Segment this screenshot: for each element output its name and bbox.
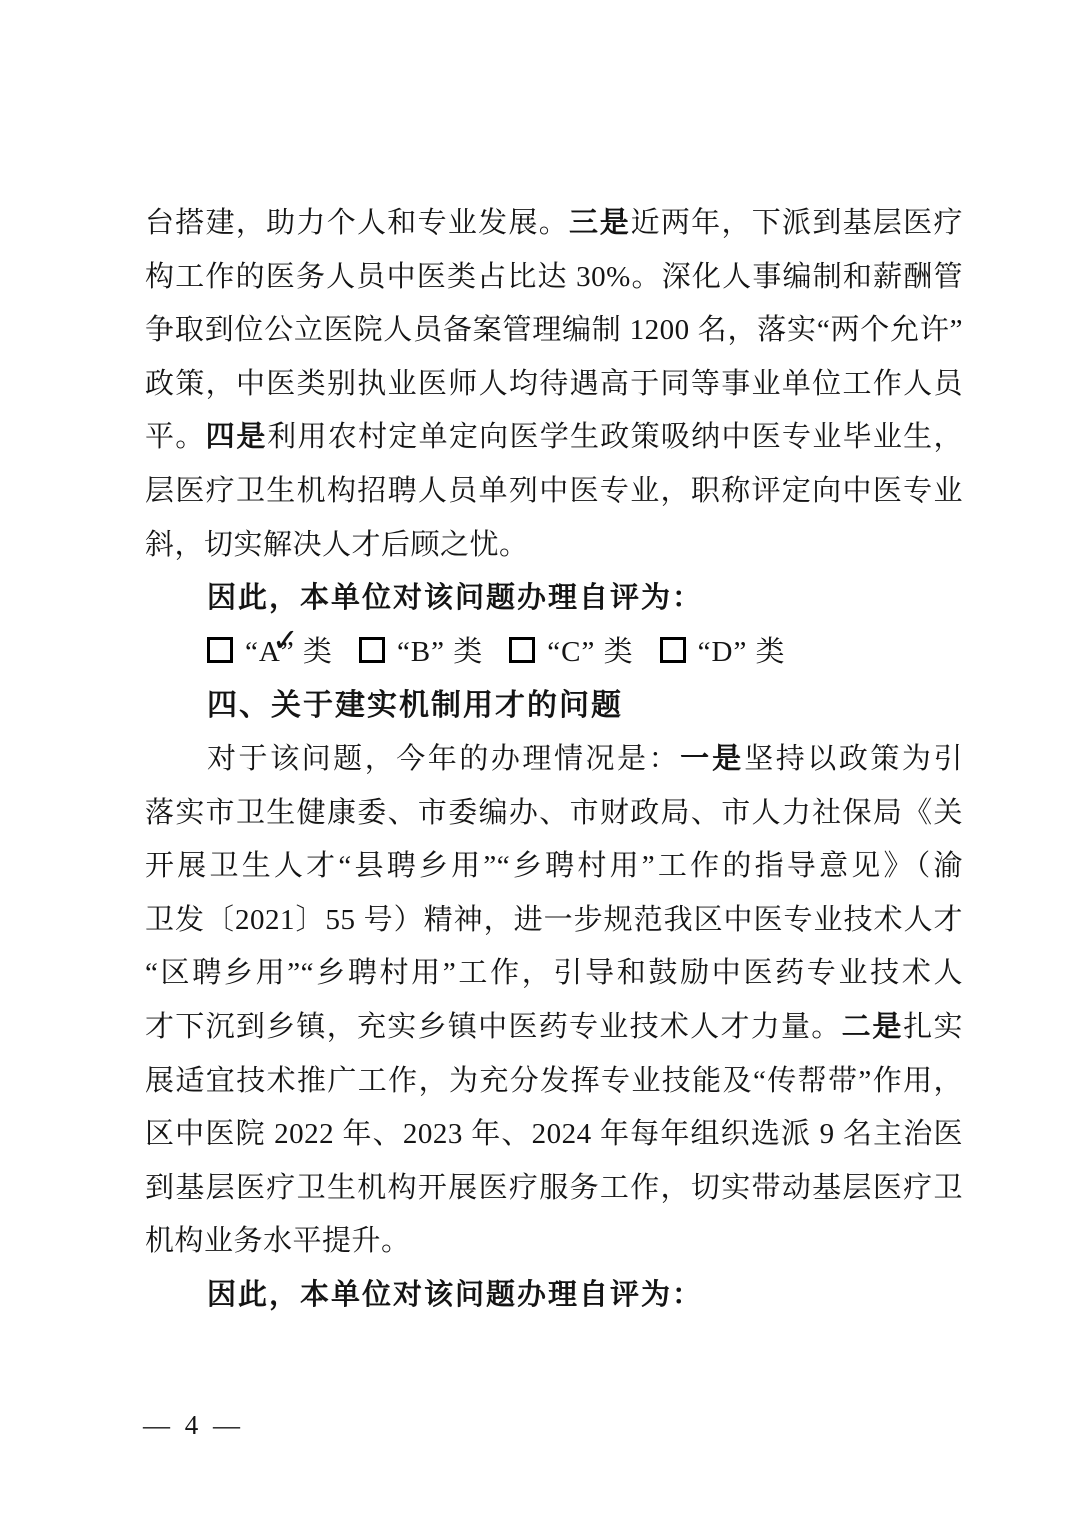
body-text: 机构业务水平提升。 [145, 1225, 411, 1257]
document-body: 台搭建，助力个人和专业发展。三是近两年，下派到基层医疗机 构工作的医务人员中医类… [145, 197, 963, 1322]
evaluation-prompt-text: 因此，本单位对该问题办理自评为： [207, 582, 703, 614]
text-line: 构工作的医务人员中医类占比达 30%。深化人事编制和薪酬管理， [145, 251, 963, 305]
checkbox-b-label: “B” 类 [397, 636, 483, 668]
checkbox-d[interactable] [660, 637, 686, 663]
evaluation-prompt: 因此，本单位对该问题办理自评为： [145, 572, 963, 626]
body-text: 争取到位公立医院人员备案管理编制 1200 名，落实“两个允许” [145, 314, 963, 346]
checkbox-c[interactable] [509, 637, 535, 663]
body-text: 斜，切实解决人才后顾之忧。 [145, 529, 529, 561]
text-line: 机构业务水平提升。 [145, 1215, 963, 1269]
body-text: 利用农村定单定向医学生政策吸纳中医专业毕业生，基 [145, 421, 963, 465]
text-line: 层医疗卫生机构招聘人员单列中医专业，职称评定向中医专业倾 [145, 465, 963, 519]
checkbox-d-label: “D” 类 [698, 636, 786, 668]
text-line: 落实市卫生健康委、市委编办、市财政局、市人力社保局《关于 [145, 787, 963, 841]
page-number: — 4 — [143, 1398, 244, 1452]
body-text: 才下沉到乡镇，充实乡镇中医药专业技术人才力量。 [145, 1011, 842, 1043]
checkbox-b[interactable] [359, 637, 385, 663]
body-text: “区聘乡用”“乡聘村用”工作，引导和鼓励中医药专业技术人 [145, 957, 963, 989]
body-text: 政策，中医类别执业医师人均待遇高于同等事业单位工作人员水 [145, 368, 963, 412]
text-line: 到基层医疗卫生机构开展医疗服务工作，切实带动基层医疗卫生 [145, 1162, 963, 1216]
body-text-emphasis: 二是 [842, 1011, 904, 1043]
body-text: 落实市卫生健康委、市委编办、市财政局、市人力社保局《关于 [145, 797, 963, 841]
evaluation-prompt-text: 因此，本单位对该问题办理自评为： [207, 1279, 703, 1311]
body-text: 平。 [145, 421, 206, 453]
body-text: 卫发〔2021〕55 号）精神，进一步规范我区中医专业技术人才 [145, 904, 963, 936]
document-page: 台搭建，助力个人和专业发展。三是近两年，下派到基层医疗机 构工作的医务人员中医类… [0, 0, 1074, 1520]
text-line: 斜，切实解决人才后顾之忧。 [145, 519, 963, 573]
body-text: 到基层医疗卫生机构开展医疗服务工作，切实带动基层医疗卫生 [145, 1172, 963, 1216]
text-line: 区中医院 2022 年、2023 年、2024 年每年组织选派 9 名主治医师 [145, 1108, 963, 1162]
body-text-emphasis: 三是 [569, 207, 631, 239]
text-line: 开展卫生人才“县聘乡用”“乡聘村用”工作的指导意见》（渝 [145, 840, 963, 894]
text-line: 政策，中医类别执业医师人均待遇高于同等事业单位工作人员水 [145, 358, 963, 412]
section-heading-text: 四、关于建实机制用才的问题 [207, 689, 623, 722]
body-text: 构工作的医务人员中医类占比达 30%。深化人事编制和薪酬管理， [145, 261, 963, 305]
body-text-emphasis: 一是 [680, 743, 744, 775]
text-line: 平。四是利用农村定单定向医学生政策吸纳中医专业毕业生，基 [145, 411, 963, 465]
body-text: 层医疗卫生机构招聘人员单列中医专业，职称评定向中医专业倾 [145, 475, 963, 519]
check-icon: ✓ [210, 626, 299, 656]
checkbox-c-label: “C” 类 [547, 636, 633, 668]
rating-checkbox-row: ✓“A” 类“B” 类“C” 类“D” 类 [145, 626, 963, 680]
text-line: 争取到位公立医院人员备案管理编制 1200 名，落实“两个允许” [145, 304, 963, 358]
text-line: 才下沉到乡镇，充实乡镇中医药专业技术人才力量。二是扎实开 [145, 1001, 963, 1055]
body-text-emphasis: 四是 [206, 421, 268, 453]
text-line: 对于该问题，今年的办理情况是：一是坚持以政策为引领， [145, 733, 963, 787]
body-text: 开展卫生人才“县聘乡用”“乡聘村用”工作的指导意见》（渝 [145, 850, 963, 882]
body-text: 对于该问题，今年的办理情况是： [207, 743, 680, 775]
body-text: 台搭建，助力个人和专业发展。 [145, 207, 569, 239]
text-line: 卫发〔2021〕55 号）精神，进一步规范我区中医专业技术人才 [145, 894, 963, 948]
text-line: “区聘乡用”“乡聘村用”工作，引导和鼓励中医药专业技术人 [145, 947, 963, 1001]
section-heading-4: 四、关于建实机制用才的问题 [145, 679, 963, 733]
text-line: 展适宜技术推广工作，为充分发挥专业技能及“传帮带”作用， [145, 1055, 963, 1109]
page-number-text: — 4 — [143, 1410, 244, 1440]
body-text: 区中医院 2022 年、2023 年、2024 年每年组织选派 9 名主治医师 [145, 1118, 963, 1162]
body-text: 展适宜技术推广工作，为充分发挥专业技能及“传帮带”作用， [145, 1065, 963, 1097]
text-line: 台搭建，助力个人和专业发展。三是近两年，下派到基层医疗机 [145, 197, 963, 251]
checkbox-a-checked[interactable]: ✓ [207, 637, 233, 663]
evaluation-prompt: 因此，本单位对该问题办理自评为： [145, 1269, 963, 1323]
